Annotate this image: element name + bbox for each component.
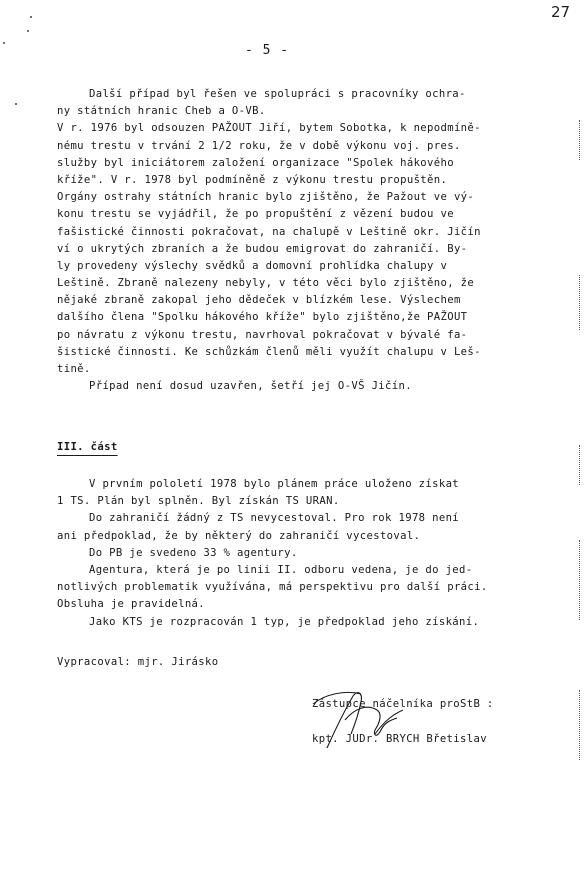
text-line: služby byl iniciátorem založení organiza… bbox=[57, 155, 577, 172]
scan-speck bbox=[30, 16, 32, 18]
text-line: fašistické činnosti pokračovat, na chalu… bbox=[57, 224, 577, 241]
text-line: kříže". V r. 1978 byl podmíněně z výkonu… bbox=[57, 172, 577, 189]
scan-edge-line bbox=[579, 690, 580, 760]
document-page: 27 - 5 - Další případ byl řešen ve spolu… bbox=[0, 0, 588, 879]
text-line: V r. 1976 byl odsouzen PAŽOUT Jiří, byte… bbox=[57, 120, 577, 137]
text-line: ly provedeny výslechy svědků a domovní p… bbox=[57, 258, 577, 275]
text-line: nému trestu v trvání 2 1/2 roku, že v do… bbox=[57, 138, 577, 155]
text-line: po návratu z výkonu trestu, navrhoval po… bbox=[57, 327, 577, 344]
prepared-by: Vypracoval: mjr. Jirásko bbox=[57, 656, 218, 668]
body-text: Další případ byl řešen ve spolupráci s p… bbox=[57, 86, 577, 395]
section-heading: III. část bbox=[57, 441, 118, 453]
text-line: V prvním pololetí 1978 bylo plánem práce… bbox=[57, 476, 577, 493]
folio-number: 27 bbox=[551, 3, 570, 21]
text-line: Případ není dosud uzavřen, šetří jej O-V… bbox=[57, 378, 577, 395]
text-line: dalšího člena "Spolku hákového kříže" by… bbox=[57, 309, 577, 326]
text-line: Jako KTS je rozpracován 1 typ, je předpo… bbox=[57, 614, 577, 631]
text-line: Do zahraničí žádný z TS nevycestoval. Pr… bbox=[57, 510, 577, 527]
scan-speck bbox=[15, 103, 17, 105]
text-line: Další případ byl řešen ve spolupráci s p… bbox=[57, 86, 577, 103]
scan-edge-line bbox=[579, 120, 580, 160]
text-line: Obsluha je pravidelná. bbox=[57, 596, 577, 613]
text-line: nějaké zbraně zakopal jeho dědeček v blí… bbox=[57, 292, 577, 309]
scan-edge-line bbox=[579, 540, 580, 620]
text-line: notlivých problematik využívána, má pers… bbox=[57, 579, 577, 596]
scan-speck bbox=[27, 30, 29, 32]
page-number: - 5 - bbox=[245, 43, 289, 58]
text-line: 1 TS. Plán byl splněn. Byl získán TS URA… bbox=[57, 493, 577, 510]
text-line: ny státních hranic Cheb a O-VB. bbox=[57, 103, 577, 120]
text-line: Agentura, která je po linii II. odboru v… bbox=[57, 562, 577, 579]
text-line: Leštině. Zbraně nalezeny nebyly, v této … bbox=[57, 275, 577, 292]
text-line: Orgány ostrahy státních hranic bylo zjiš… bbox=[57, 189, 577, 206]
scan-edge-line bbox=[579, 275, 580, 330]
section-body: V prvním pololetí 1978 bylo plánem práce… bbox=[57, 476, 577, 631]
text-line: šistické činnosti. Ke schůzkám členů měl… bbox=[57, 344, 577, 361]
signatory: kpt. JUDr. BRYCH Břetislav bbox=[312, 733, 487, 745]
scan-speck bbox=[3, 42, 5, 44]
text-line: tině. bbox=[57, 361, 577, 378]
text-line: Do PB je svedeno 33 % agentury. bbox=[57, 545, 577, 562]
text-line: konu trestu se vyjádřil, že po propuštěn… bbox=[57, 206, 577, 223]
scan-edge-line bbox=[579, 445, 580, 485]
text-line: ani předpoklad, že by některý do zahrani… bbox=[57, 528, 577, 545]
text-line: ví o ukrytých zbraních a že budou emigro… bbox=[57, 241, 577, 258]
